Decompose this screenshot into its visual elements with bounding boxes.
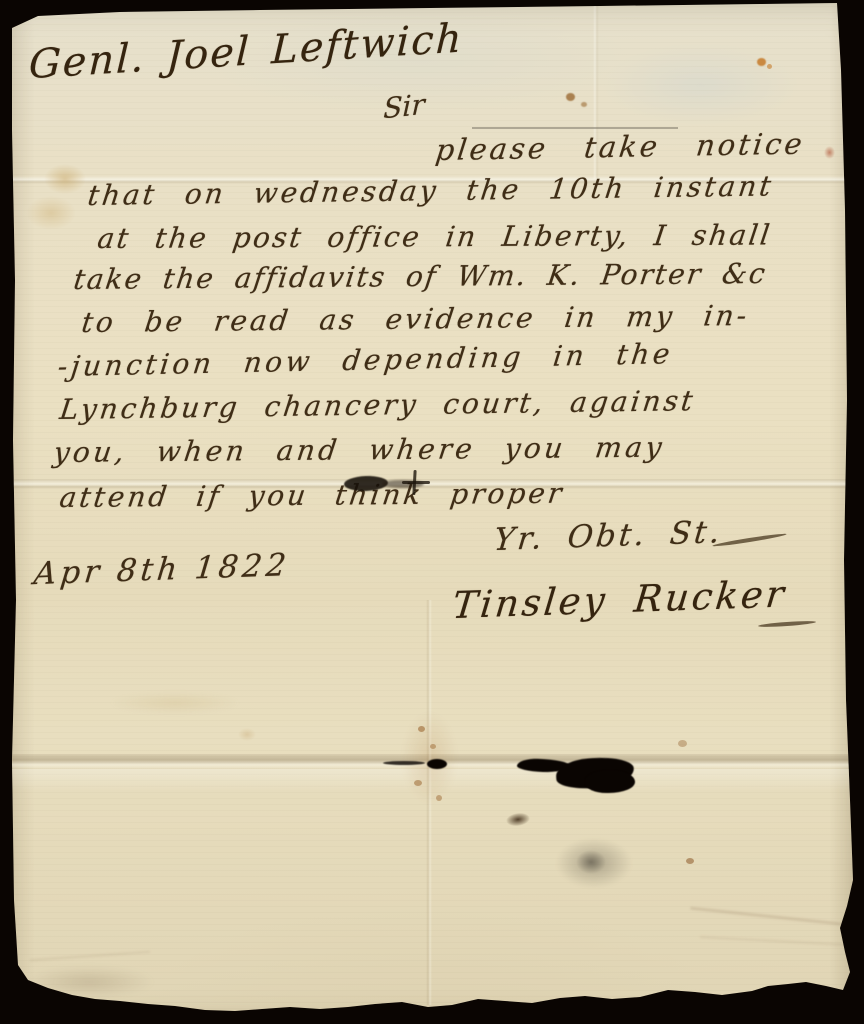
letter-scan: Genl. Joel Leftwich Sir please take noti… — [0, 0, 864, 1024]
paper-edge-shadow — [0, 0, 864, 1024]
letter-page: Genl. Joel Leftwich Sir please take noti… — [0, 0, 864, 1024]
